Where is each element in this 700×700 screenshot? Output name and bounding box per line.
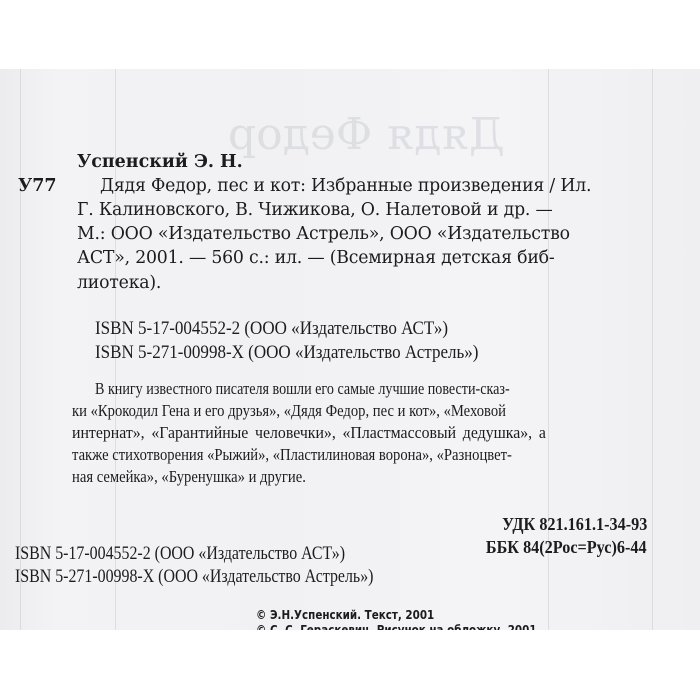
description-line: М.: ООО «Издательство Астрель», ООО «Изд… — [77, 224, 570, 244]
description-line: Г. Калиновского, В. Чижикова, О. Налетов… — [77, 200, 553, 220]
description-line: лиотека). — [77, 273, 161, 293]
annotation-line: также стихотворения «Рыжий», «Пластилино… — [72, 445, 512, 465]
description-line: Дядя Федор, пес и кот: Избранные произве… — [100, 176, 591, 196]
udk-code: УДК 821.161.1-34-93 — [502, 514, 647, 535]
library-class-code: У77 — [18, 176, 57, 196]
annotation-line: В книгу известного писателя вошли его са… — [95, 379, 510, 399]
annotation-line: ки «Крокодил Гена и его друзья», «Дядя Ф… — [72, 401, 506, 421]
book-page: Дядя Федор Успенский Э. Н. У77 Дядя Федо… — [0, 69, 700, 630]
bleed-through-title: Дядя Федор — [228, 109, 505, 160]
paper-fold-line — [652, 69, 653, 630]
annotation-line: ная семейка», «Буренушка» и другие. — [72, 467, 306, 487]
isbn-block-line: ISBN 5-271-00998-X (ООО «Издательство Ас… — [15, 567, 373, 588]
copyright-line: © С. С. Гераскевич. Рисунок на обложку, … — [256, 622, 537, 630]
annotation-line: интернат», «Гарантийные человечки», «Пла… — [72, 423, 546, 443]
isbn-line: ISBN 5-17-004552-2 (ООО «Издательство АС… — [95, 319, 448, 340]
isbn-block-line: ISBN 5-17-004552-2 (ООО «Издательство АС… — [15, 544, 345, 565]
bbk-code: ББК 84(2Рос=Рус)6-44 — [486, 537, 647, 558]
isbn-line: ISBN 5-271-00998-X (ООО «Издательство Ас… — [95, 343, 478, 364]
copyright-line: © Э.Н.Успенский. Текст, 2001 — [256, 607, 434, 622]
author-name: Успенский Э. Н. — [77, 152, 243, 172]
description-line: АСТ», 2001. — 560 с.: ил. — (Всемирная д… — [77, 248, 555, 268]
